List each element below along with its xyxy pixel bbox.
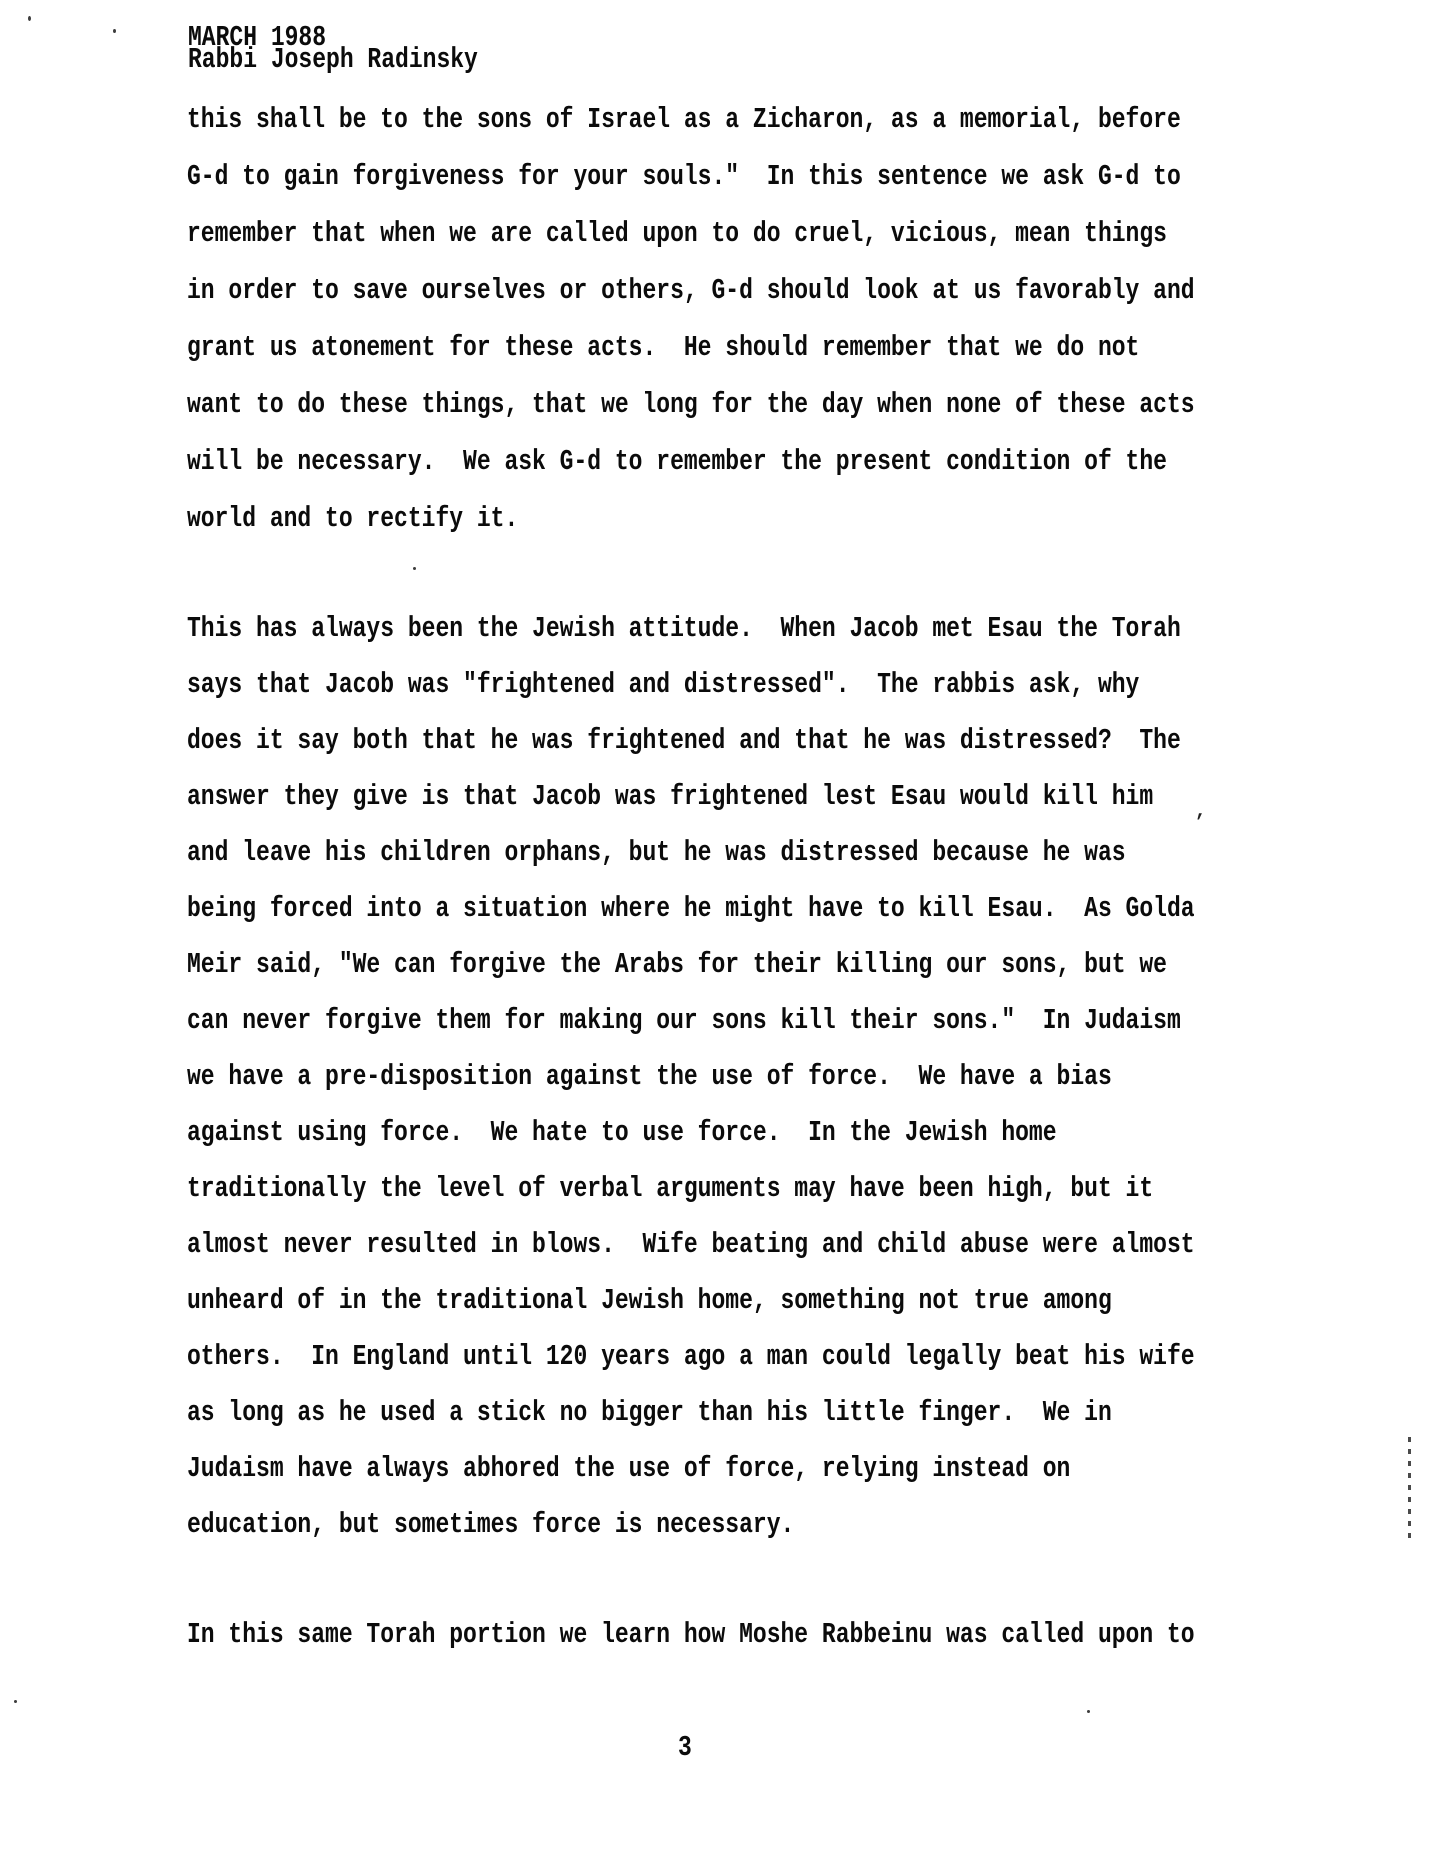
paragraph-3: In this same Torah portion we learn how … (187, 1618, 1195, 1674)
typed-header: MARCH 1988 Rabbi Joseph Radinsky (188, 21, 478, 65)
text-line: In this same Torah portion we learn how … (187, 1618, 1195, 1688)
scan-dashed-artifact (1408, 1437, 1411, 1543)
scan-speck (28, 16, 31, 21)
author-line: Rabbi Joseph Radinsky (188, 43, 478, 71)
scan-speck (14, 1700, 17, 1703)
paragraph-2: This has always been the Jewish attitude… (187, 612, 1195, 1564)
scan-speck (113, 29, 116, 33)
text-line: education, but sometimes force is necess… (187, 1508, 1195, 1578)
paragraph-1: this shall be to the sons of Israel as a… (187, 103, 1195, 559)
scan-speck (413, 567, 416, 570)
document-page: MARCH 1988 Rabbi Joseph Radinsky this sh… (0, 0, 1430, 1851)
scan-speck (1087, 1710, 1090, 1713)
text-line: world and to rectify it. (187, 502, 1195, 573)
stray-comma-mark: , (1195, 800, 1206, 822)
page-number: 3 (678, 1731, 692, 1764)
